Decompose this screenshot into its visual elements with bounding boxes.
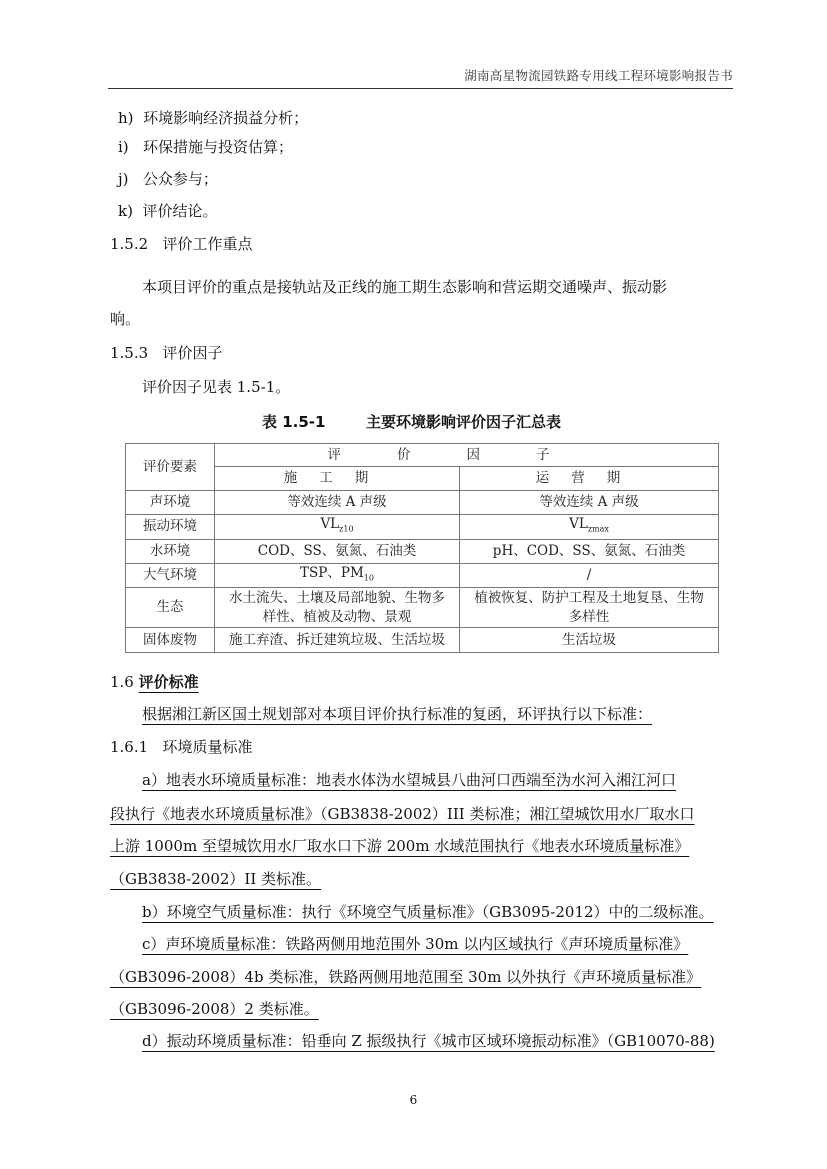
row-label: 大气环境 — [126, 563, 215, 588]
standard-item-a-line4: （GB3838-2002）II 类标准。 — [110, 869, 321, 889]
standard-item-d: d）振动环境质量标准：铅垂向 Z 振级执行《城市区域环境振动标准》（GB1007… — [142, 1031, 715, 1051]
table-title: 主要环境影响评价因子汇总表 — [366, 411, 561, 432]
standard-item-b: b）环境空气质量标准：执行《环境空气质量标准》（GB3095-2012）中的二级… — [142, 902, 714, 922]
row-label: 声环境 — [126, 491, 215, 515]
paragraph: 本项目评价的重点是接轨站及正线的施工期生态影响和营运期交通噪声、振动影 — [142, 277, 667, 297]
table-header-row: 评价要素 评价因子 — [126, 444, 719, 467]
cell-construction: 施工弃渣、拆迁建筑垃圾、生活垃圾 — [215, 628, 460, 653]
cell-operation: 等效连续 A 声级 — [460, 491, 719, 515]
list-item: k) 评价结论。 — [118, 201, 218, 221]
cell-operation: 生活垃圾 — [460, 628, 719, 653]
standard-item-a-line3: 上游 1000m 至望城饮用水厂取水口下游 200m 水域范围执行《地表水环境质… — [110, 836, 689, 856]
cell-construction: TSP、PM10 — [215, 563, 460, 588]
table-row: 大气环境 TSP、PM10 / — [126, 563, 719, 588]
list-item: h) 环境影响经济损益分析； — [118, 108, 308, 128]
table-number: 表 1.5-1 — [262, 411, 325, 432]
table-row: 生态 水土流失、土壤及局部地貌、生物多样性、植被及动物、景观 植被恢复、防护工程… — [126, 588, 719, 628]
cell-construction: VLz10 — [215, 515, 460, 540]
row-label: 振动环境 — [126, 515, 215, 540]
row-label: 生态 — [126, 588, 215, 628]
section-heading-1-6-1: 1.6.1 环境质量标准 — [110, 737, 253, 757]
cell-operation: pH、COD、SS、氨氮、石油类 — [460, 539, 719, 563]
table-subheader-row: 施工期 运营期 — [126, 467, 719, 491]
row-label: 固体废物 — [126, 628, 215, 653]
cell-operation: 植被恢复、防护工程及土地复垦、生物多样性 — [460, 588, 719, 628]
cell-operation: / — [460, 563, 719, 588]
section-heading-1-5-3: 1.5.3 评价因子 — [110, 343, 223, 363]
cell-construction: COD、SS、氨氮、石油类 — [215, 539, 460, 563]
table-row: 声环境 等效连续 A 声级 等效连续 A 声级 — [126, 491, 719, 515]
standard-item-c-line3: （GB3096-2008）2 类标准。 — [110, 999, 319, 1019]
standard-item-a-line2: 段执行《地表水环境质量标准》（GB3838-2002）III 类标准；湘江望城饮… — [110, 804, 694, 824]
running-header: 湖南高星物流园铁路专用线工程环境影响报告书 — [108, 66, 733, 89]
section-heading-1-6: 1.6 评价标准 — [110, 672, 199, 692]
page-number: 6 — [0, 1093, 827, 1107]
paragraph: 根据湘江新区国土规划部对本项目评价执行标准的复函，环评执行以下标准： — [142, 704, 652, 724]
header-cell: 施工期 — [215, 467, 460, 491]
standard-item-c-line2: （GB3096-2008）4b 类标准，铁路两侧用地范围至 30m 以外执行《声… — [110, 967, 701, 987]
cell-operation: VLzmax — [460, 515, 719, 540]
paragraph: 评价因子见表 1.5-1。 — [142, 377, 290, 397]
paragraph-continuation: 响。 — [110, 309, 140, 329]
standard-item-a-line1: a）地表水环境质量标准：地表水体沩水望城县八曲河口西端至沩水河入湘江河口 — [142, 770, 676, 790]
list-item: j) 公众参与； — [118, 169, 218, 189]
cell-construction: 等效连续 A 声级 — [215, 491, 460, 515]
cell-construction: 水土流失、土壤及局部地貌、生物多样性、植被及动物、景观 — [215, 588, 460, 628]
header-group-cell: 评价因子 — [215, 444, 719, 467]
row-label: 水环境 — [126, 539, 215, 563]
section-heading-1-5-2: 1.5.2 评价工作重点 — [110, 234, 253, 254]
factors-table: 评价要素 评价因子 施工期 运营期 声环境 等效连续 A 声级 等效连续 A 声… — [125, 443, 719, 653]
table-row: 固体废物 施工弃渣、拆迁建筑垃圾、生活垃圾 生活垃圾 — [126, 628, 719, 653]
list-item: i) 环保措施与投资估算； — [118, 137, 293, 157]
standard-item-c-line1: c）声环境质量标准：铁路两侧用地范围外 30m 以内区域执行《声环境质量标准》 — [142, 934, 688, 954]
table-row: 水环境 COD、SS、氨氮、石油类 pH、COD、SS、氨氮、石油类 — [126, 539, 719, 563]
header-cell: 评价要素 — [126, 444, 215, 491]
table-row: 振动环境 VLz10 VLzmax — [126, 515, 719, 540]
header-cell: 运营期 — [460, 467, 719, 491]
